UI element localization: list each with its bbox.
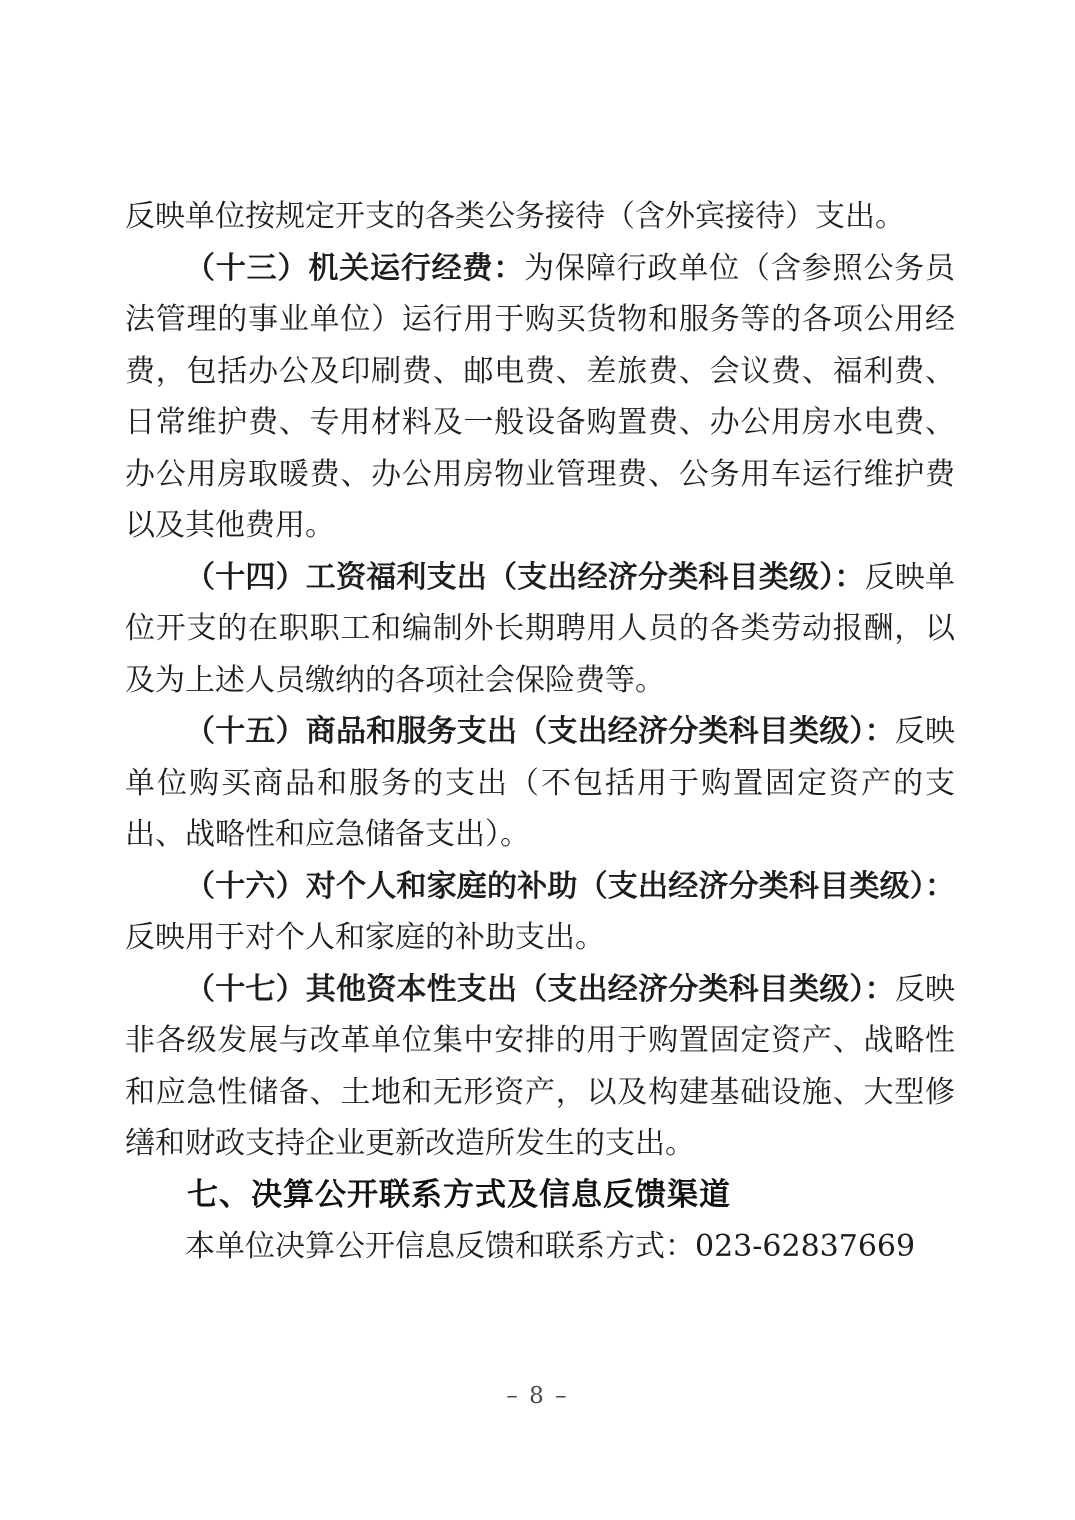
section-7-heading: 七、决算公开联系方式及信息反馈渠道 [125, 1170, 955, 1222]
paragraph-lead: （十五）商品和服务支出（支出经济分类科目类级）： [185, 714, 895, 749]
paragraph-item-13-agency-operating-expenses: （十三）机关运行经费：为保障行政单位（含参照公务员法管理的事业单位）运行用于购买… [125, 243, 955, 552]
paragraph-text: 为保障行政单位（含参照公务员法管理的事业单位）运行用于购买货物和服务等的各项公用… [125, 251, 955, 544]
document-page: 反映单位按规定开支的各类公务接待（含外宾接待）支出。 （十三）机关运行经费：为保… [0, 0, 1075, 1520]
paragraph-official-reception-tail: 反映单位按规定开支的各类公务接待（含外宾接待）支出。 [125, 191, 955, 243]
paragraph-lead: （十三）机关运行经费： [185, 251, 524, 286]
paragraph-item-15-goods-services-expenditure: （十五）商品和服务支出（支出经济分类科目类级）：反映单位购买商品和服务的支出（不… [125, 706, 955, 861]
document-body: 反映单位按规定开支的各类公务接待（含外宾接待）支出。 （十三）机关运行经费：为保… [125, 191, 955, 1273]
paragraph-item-14-wage-welfare-expenditure: （十四）工资福利支出（支出经济分类科目类级）：反映单位开支的在职职工和编制外长期… [125, 552, 955, 707]
contact-phone-number: 023-62837669 [695, 1229, 915, 1264]
paragraph-lead: （十七）其他资本性支出（支出经济分类科目类级）： [185, 972, 895, 1007]
paragraph-item-16-individual-family-subsidies: （十六）对个人和家庭的补助（支出经济分类科目类级）：反映用于对个人和家庭的补助支… [125, 861, 955, 964]
paragraph-text: 反映单位按规定开支的各类公务接待（含外宾接待）支出。 [125, 199, 905, 234]
paragraph-item-17-other-capital-expenditure: （十七）其他资本性支出（支出经济分类科目类级）：反映非各级发展与改革单位集中安排… [125, 964, 955, 1170]
contact-paragraph: 本单位决算公开信息反馈和联系方式：023-62837669 [125, 1221, 955, 1273]
contact-label: 本单位决算公开信息反馈和联系方式： [185, 1229, 695, 1264]
paragraph-text: 反映用于对个人和家庭的补助支出。 [125, 920, 605, 955]
page-number: – 8 – [0, 1383, 1075, 1409]
paragraph-lead: （十四）工资福利支出（支出经济分类科目类级）： [185, 560, 865, 595]
paragraph-lead: （十六）对个人和家庭的补助（支出经济分类科目类级）： [185, 869, 955, 904]
